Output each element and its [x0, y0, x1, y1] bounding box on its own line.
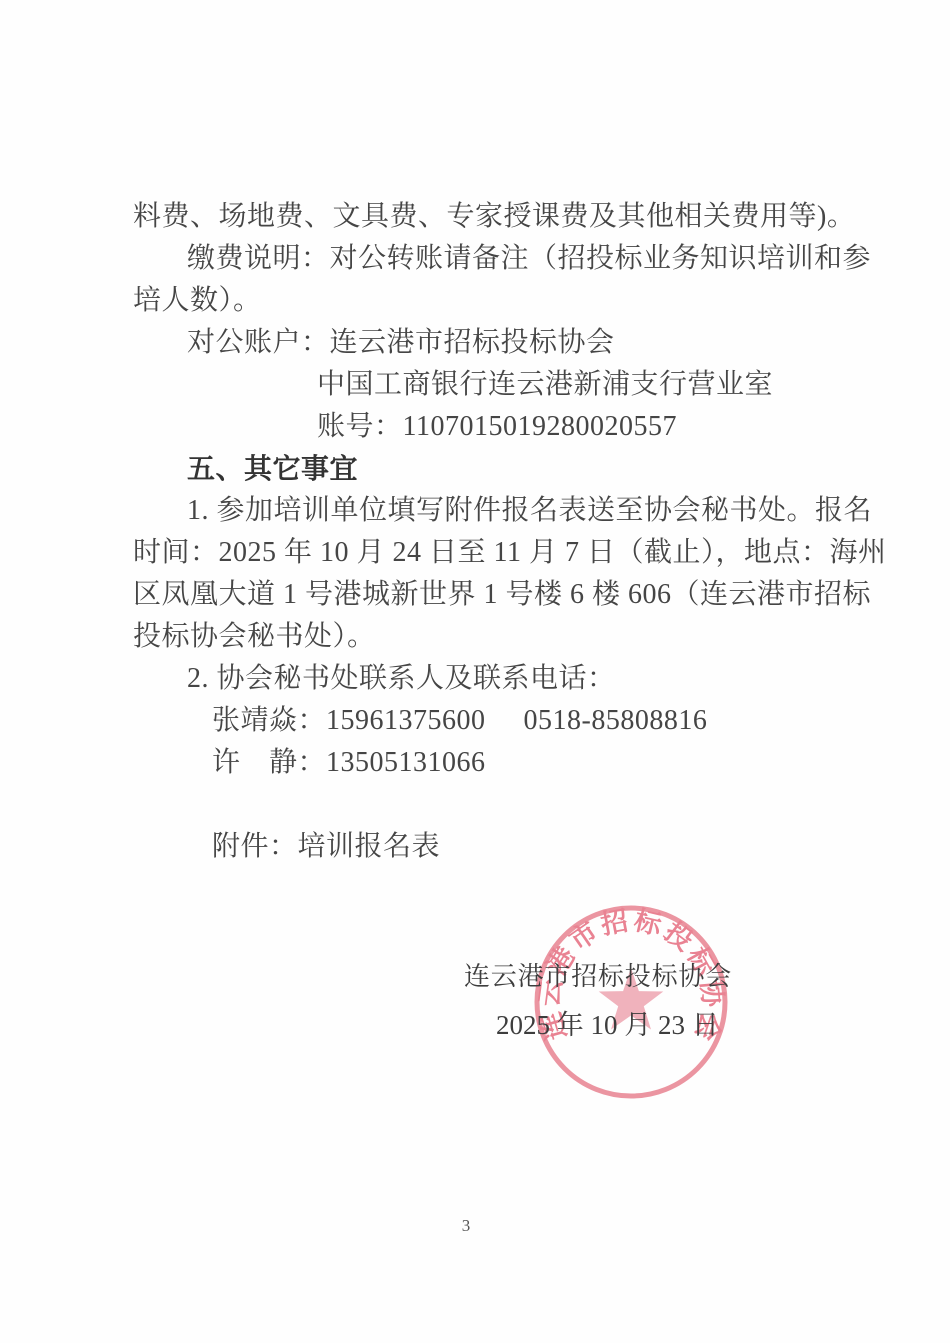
doc-line-account-number: 账号：1107015019280020557 [133, 406, 873, 448]
contact-name: 张靖焱： [212, 705, 326, 736]
contact-name: 许 静： [212, 747, 326, 778]
doc-line-registration-3: 区凤凰大道 1 号港城新世界 1 号楼 6 楼 606（连云港市招标 [133, 574, 873, 616]
doc-line-fees: 料费、场地费、文具费、专家授课费及其他相关费用等)。 [133, 196, 873, 238]
section-heading-other-matters: 五、其它事宜 [133, 448, 873, 490]
attachment-line: 附件：培训报名表 [133, 826, 873, 868]
contact-phone: 13505131066 [326, 747, 486, 778]
doc-line-registration-1: 1. 参加培训单位填写附件报名表送至协会秘书处。报名 [133, 490, 873, 532]
document-page: 料费、场地费、文具费、专家授课费及其他相关费用等)。 缴费说明：对公转账请备注（… [0, 0, 950, 1343]
doc-line-registration-4: 投标协会秘书处）。 [133, 616, 873, 658]
official-seal-stamp: 连云港市招标投标协会 [531, 902, 731, 1102]
contact-row: 许 静：13505131066 [133, 742, 873, 784]
doc-line-account-name: 对公账户：连云港市招标投标协会 [133, 322, 873, 364]
signature-date: 2025 年 10 月 23 日 [496, 1003, 719, 1042]
doc-line-payment-note-2: 培人数）。 [133, 280, 873, 322]
doc-line-registration-2: 时间：2025 年 10 月 24 日至 11 月 7 日（截止），地点：海州 [133, 532, 873, 574]
contact-row: 张靖焱：159613756000518-85808816 [133, 700, 873, 742]
doc-line-contacts-intro: 2. 协会秘书处联系人及联系电话： [133, 658, 873, 700]
document-body: 料费、场地费、文具费、专家授课费及其他相关费用等)。 缴费说明：对公转账请备注（… [133, 196, 873, 868]
contact-phone: 15961375600 [326, 705, 486, 736]
contact-phone-alt: 0518-85808816 [524, 705, 708, 736]
doc-line-bank-name: 中国工商银行连云港新浦支行营业室 [133, 364, 873, 406]
doc-line-payment-note-1: 缴费说明：对公转账请备注（招投标业务知识培训和参 [133, 238, 873, 280]
page-number: 3 [0, 1216, 950, 1236]
signature-organization: 连云港市招标投标协会 [464, 956, 732, 993]
